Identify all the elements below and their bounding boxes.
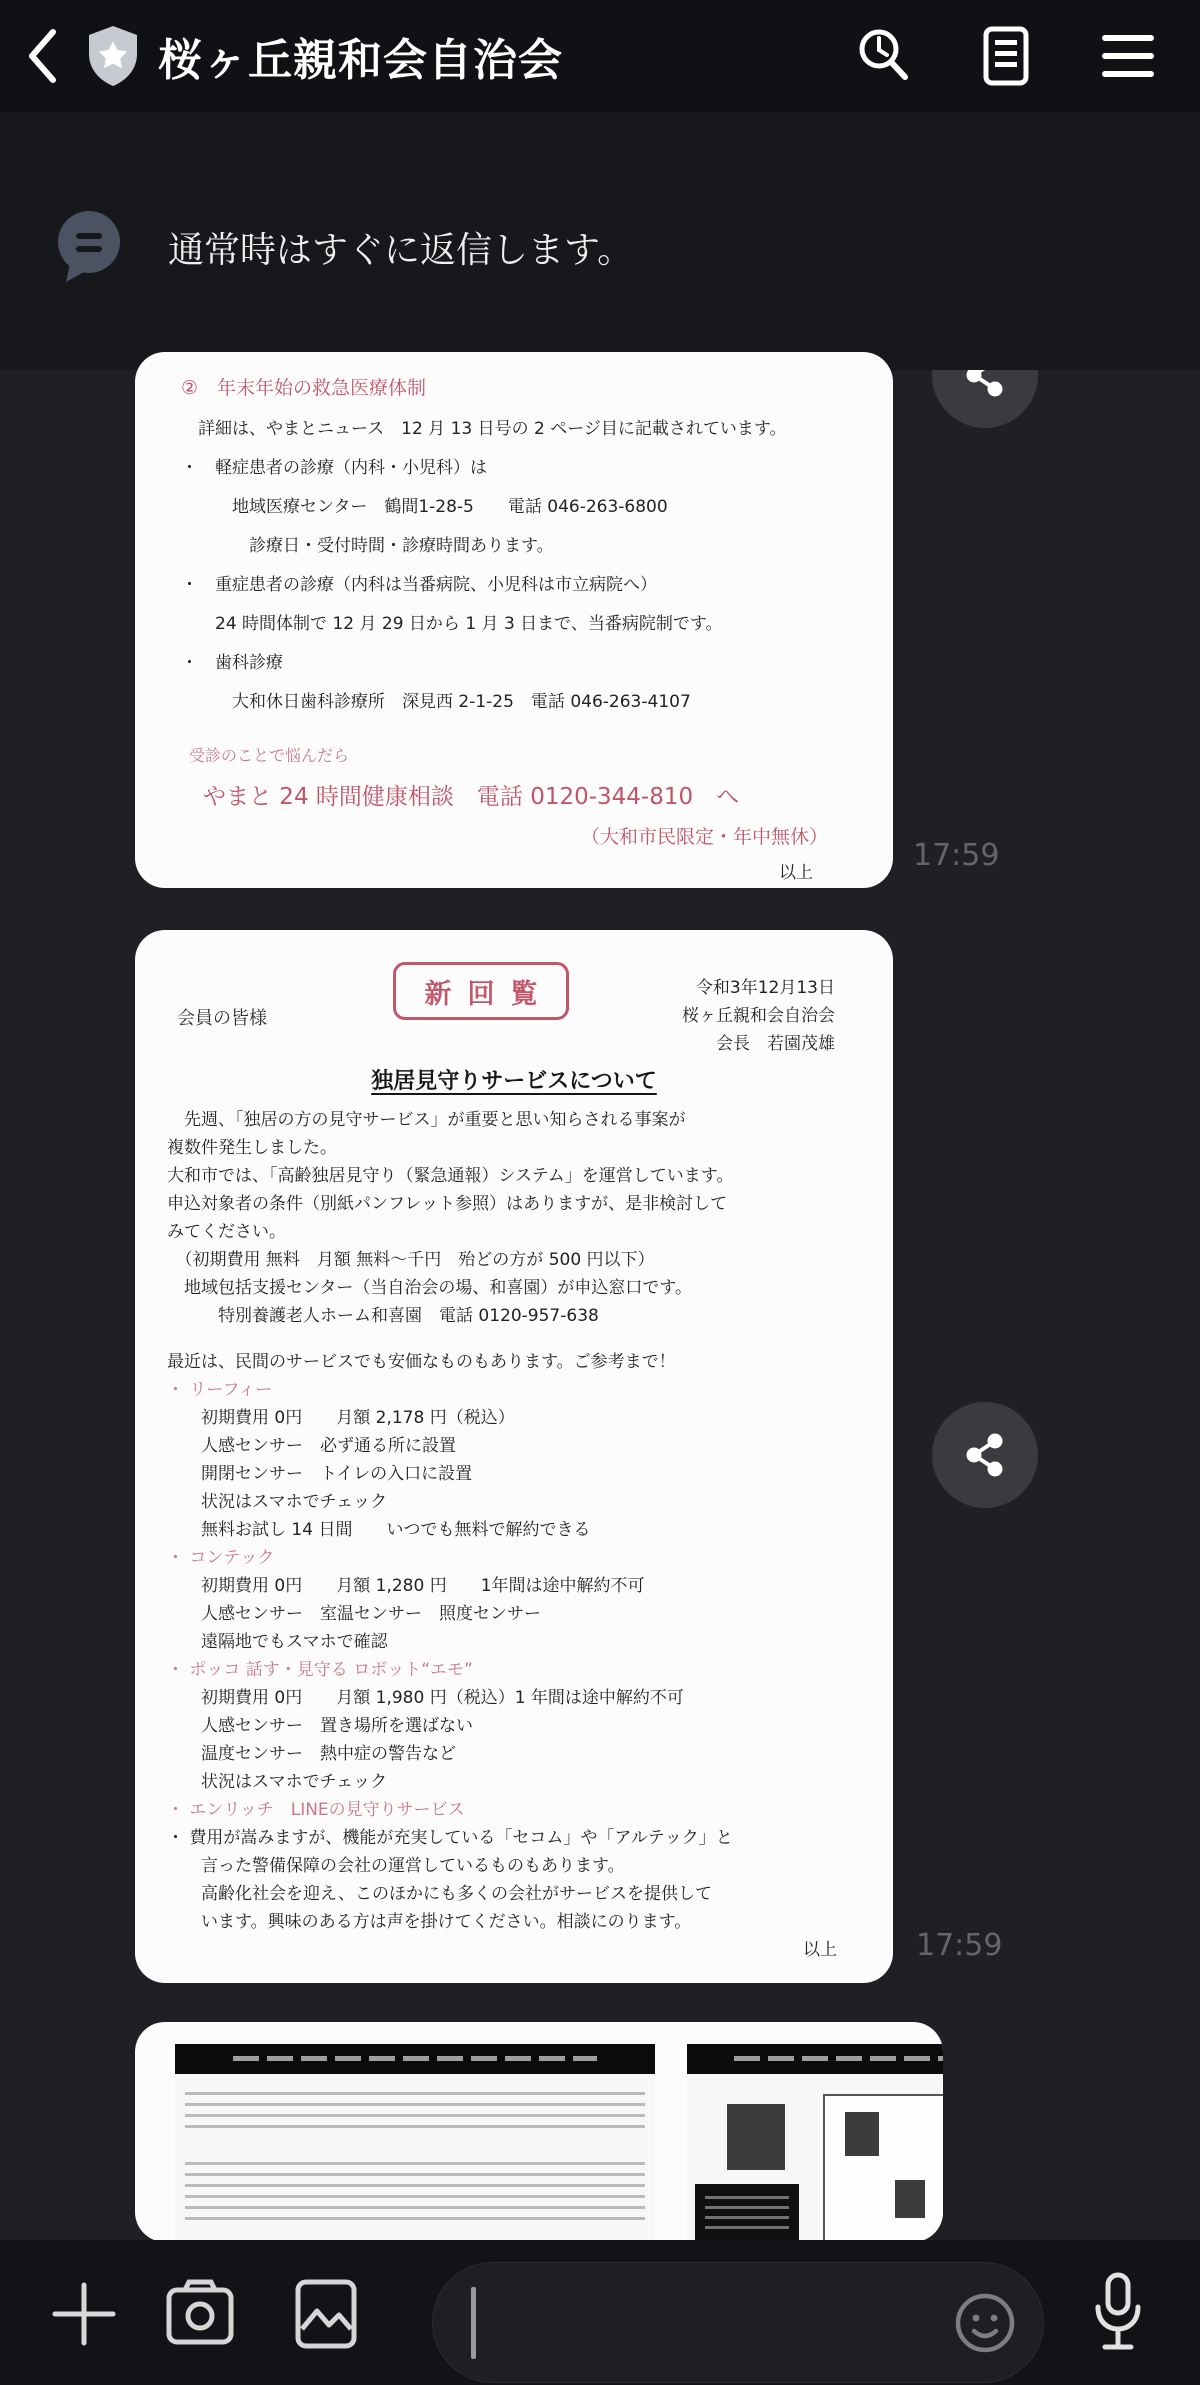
back-button[interactable] bbox=[0, 0, 84, 112]
menu-button[interactable] bbox=[1096, 24, 1160, 88]
text-line: ・ リーフィー bbox=[139, 1376, 893, 1404]
document-page-right bbox=[687, 2044, 943, 2242]
chat-title: 桜ヶ丘親和会自治会 bbox=[158, 24, 563, 88]
text-line: 大和休日歯科診療所 深見西 2-1-25 電話 046-263-4107 bbox=[181, 683, 869, 722]
system-diagram bbox=[695, 2088, 943, 2242]
message-composer bbox=[0, 2240, 1200, 2385]
text-line: 複数件発生しました。 bbox=[139, 1134, 893, 1162]
text-line: 受診のことで悩んだら bbox=[181, 738, 869, 774]
document-lines: ② 年末年始の救急医療体制 詳細は、やまとニュース 12 月 13 日号の 2 … bbox=[181, 366, 869, 888]
timestamp-message-2: 17:59 bbox=[916, 1928, 1002, 1963]
text-line: 地域包括支援センター（当自治会の場、和喜園）が申込窓口です。 bbox=[139, 1274, 893, 1302]
text-line bbox=[139, 1330, 893, 1348]
notes-button[interactable] bbox=[974, 24, 1038, 88]
text-line: 温度センサー 熱中症の警告など bbox=[139, 1740, 893, 1768]
text-line: 初期費用 0円 月額 1,980 円（税込）1 年間は途中解約不可 bbox=[139, 1684, 893, 1712]
share-button-message-2[interactable] bbox=[932, 1402, 1038, 1508]
text-line: 状況はスマホでチェック bbox=[139, 1768, 893, 1796]
timestamp-message-1: 17:59 bbox=[913, 838, 999, 873]
text-line: 診療日・受付時間・診療時間あります。 bbox=[181, 527, 869, 566]
notice-band: 通常時はすぐに返信します。 bbox=[0, 112, 1200, 370]
gallery-button[interactable] bbox=[284, 2274, 368, 2354]
camera-button[interactable] bbox=[158, 2274, 242, 2354]
diagram-node bbox=[895, 2180, 925, 2218]
auto-reply-text: 通常時はすぐに返信します。 bbox=[168, 222, 633, 273]
line-chat-screen: 桜ヶ丘親和会自治会 bbox=[0, 0, 1200, 2385]
text-line bbox=[181, 722, 869, 738]
device-photo bbox=[695, 2184, 799, 2242]
diagram-photo bbox=[727, 2104, 785, 2170]
text-line: （大和市民限定・年中無休） bbox=[181, 820, 869, 854]
text-line: 大和市では、「高齢独居見守り（緊急通報）システム」を運営しています。 bbox=[139, 1162, 893, 1190]
text-line: 地域医療センター 鶴間1-28-5 電話 046-263-6800 bbox=[181, 488, 869, 527]
note-document-icon bbox=[978, 25, 1034, 87]
text-cursor bbox=[471, 2287, 476, 2359]
message-image-preview[interactable] bbox=[135, 2022, 943, 2242]
diagram-node bbox=[845, 2112, 879, 2156]
text-line: 状況はスマホでチェック bbox=[139, 1488, 893, 1516]
text-line: います。興味のある方は声を掛けてください。相談にのります。 bbox=[139, 1908, 893, 1936]
text-line: 詳細は、やまとニュース 12 月 13 日号の 2 ページ目に記載されています。 bbox=[181, 410, 869, 449]
text-line: 初期費用 0円 月額 1,280 円 1年間は途中解約不可 bbox=[139, 1572, 893, 1600]
text-line: ② 年末年始の救急医療体制 bbox=[181, 366, 869, 410]
addressee: 会員の皆様 bbox=[177, 1004, 267, 1030]
text-line: 高齢化社会を迎え、このほかにも多くの会社がサービスを提供して bbox=[139, 1880, 893, 1908]
text-line: 開閉センサー トイレの入口に設置 bbox=[139, 1460, 893, 1488]
text-line: （初期費用 無料 月額 無料～千円 殆どの方が 500 円以下） bbox=[139, 1246, 893, 1274]
chat-header: 桜ヶ丘親和会自治会 bbox=[0, 0, 1200, 112]
plus-icon bbox=[51, 2281, 117, 2347]
attach-button[interactable] bbox=[48, 2278, 120, 2350]
text-line: 人感センサー 置き場所を選ばない bbox=[139, 1712, 893, 1740]
text-line: 言った警備保障の会社の運営しているものもあります。 bbox=[139, 1852, 893, 1880]
page-title-bar bbox=[687, 2044, 943, 2074]
chat-bubble-icon bbox=[56, 210, 122, 284]
share-icon bbox=[962, 1430, 1008, 1480]
text-line: ・ 重症患者の診療（内科は当番病院、小児科は市立病院へ） bbox=[181, 566, 869, 605]
auto-reply-notice: 通常時はすぐに返信します。 bbox=[0, 212, 1200, 282]
text-line: 遠隔地でもスマホで確認 bbox=[139, 1628, 893, 1656]
message-input[interactable] bbox=[432, 2262, 1044, 2383]
text-line: 以上 bbox=[181, 854, 869, 888]
hamburger-menu-icon bbox=[1099, 33, 1157, 79]
text-line: 人感センサー 必ず通る所に設置 bbox=[139, 1432, 893, 1460]
voice-message-button[interactable] bbox=[1082, 2268, 1154, 2360]
text-line: ・ 軽症患者の診療（内科・小児科）は bbox=[181, 449, 869, 488]
text-line: 特別養護老人ホーム和喜園 電話 0120-957-638 bbox=[139, 1302, 893, 1330]
header-actions bbox=[852, 24, 1200, 88]
text-line: ・ コンテック bbox=[139, 1544, 893, 1572]
circular-title: 独居見守りサービスについて bbox=[135, 1064, 893, 1095]
official-account-shield-icon bbox=[84, 23, 142, 89]
text-line: やまと 24 時間健康相談 電話 0120-344-810 へ bbox=[181, 774, 869, 820]
emoji-button[interactable] bbox=[953, 2291, 1017, 2359]
message-image-circular-2[interactable]: 新回覧 令和3年12月13日桜ヶ丘親和会自治会会長 若園茂雄 会員の皆様 独居見… bbox=[135, 930, 893, 1983]
text-line: 人感センサー 室温センサー 照度センサー bbox=[139, 1600, 893, 1628]
text-line: ・ エンリッチ LINEの見守りサービス bbox=[139, 1796, 893, 1824]
blurred-text-lines bbox=[185, 2162, 645, 2220]
search-button[interactable] bbox=[852, 24, 916, 88]
chevron-left-icon bbox=[25, 27, 59, 85]
text-line: 最近は、民間のサービスでも安価なものもあります。ご参考まで！ bbox=[139, 1348, 893, 1376]
page-title-bar bbox=[175, 2044, 655, 2074]
text-line: 先週、「独居の方の見守サービス」が重要と思い知らされる事案が bbox=[139, 1106, 893, 1134]
new-circular-badge: 新回覧 bbox=[393, 962, 569, 1020]
camera-icon bbox=[161, 2278, 239, 2350]
document-lines: 先週、「独居の方の見守サービス」が重要と思い知らされる事案が複数件発生しました。… bbox=[139, 1106, 893, 1964]
smiley-face-icon bbox=[953, 2291, 1017, 2355]
text-line: ・ ポッコ 話す・見守る ロボット“エモ” bbox=[139, 1656, 893, 1684]
photo-gallery-icon bbox=[293, 2277, 359, 2351]
message-image-circular-1[interactable]: ② 年末年始の救急医療体制 詳細は、やまとニュース 12 月 13 日号の 2 … bbox=[135, 352, 893, 888]
blurred-text-lines bbox=[185, 2092, 645, 2136]
text-line: 以上 bbox=[139, 1936, 893, 1964]
text-line: 桜ヶ丘親和会自治会 bbox=[654, 1002, 855, 1030]
search-with-clock-icon bbox=[853, 25, 915, 87]
text-line: 令和3年12月13日 bbox=[654, 974, 855, 1002]
text-line: みてください。 bbox=[139, 1218, 893, 1246]
text-line: 初期費用 0円 月額 2,178 円（税込） bbox=[139, 1404, 893, 1432]
text-line: ・ 費用が嵩みますが、機能が充実している「セコム」や「アルテック」と bbox=[139, 1824, 893, 1852]
sender-block: 令和3年12月13日桜ヶ丘親和会自治会会長 若園茂雄 bbox=[654, 974, 855, 1058]
document-page-left bbox=[175, 2044, 655, 2242]
text-line: ・ 歯科診療 bbox=[181, 644, 869, 683]
text-line: 24 時間体制で 12 月 29 日から 1 月 3 日まで、当番病院制です。 bbox=[181, 605, 869, 644]
text-line: 申込対象者の条件（別紙パンフレット参照）はありますが、是非検討して bbox=[139, 1190, 893, 1218]
text-line: 会長 若園茂雄 bbox=[654, 1030, 855, 1058]
text-line: 無料お試し 14 日間 いつでも無料で解約できる bbox=[139, 1516, 893, 1544]
diagram-frame bbox=[823, 2094, 943, 2242]
microphone-icon bbox=[1089, 2271, 1147, 2357]
